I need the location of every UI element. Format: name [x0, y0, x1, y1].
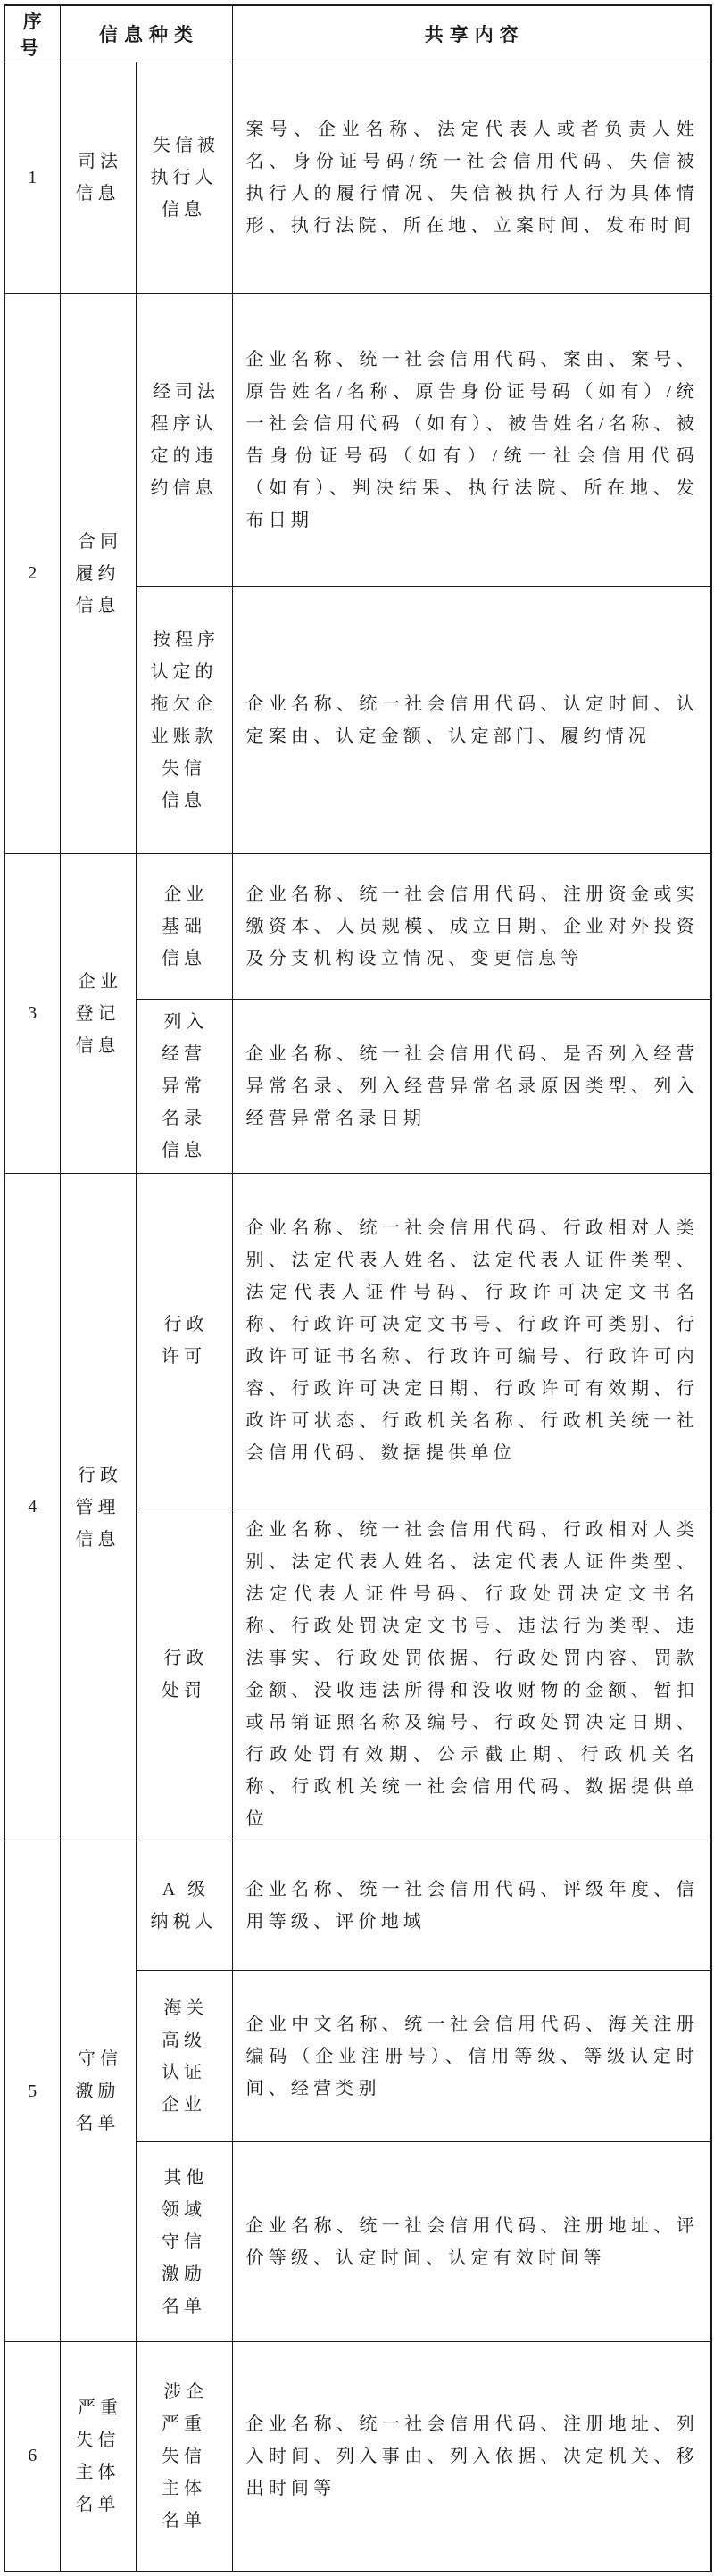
table-row: 1 司法 信息 失信被 执行人 信息 案号、企业名称、法定代表人或者负责人姓名、… — [4, 62, 711, 294]
type-cell: 涉企 严重 失信 主体 名单 — [136, 2342, 232, 2572]
type-cell: 行政 处罚 — [136, 1508, 232, 1841]
type-cell: 列入 经营 异常 名录 信息 — [136, 1000, 232, 1174]
header-info-type: 信息种类 — [60, 5, 232, 62]
type-cell: 失信被 执行人 信息 — [136, 62, 232, 294]
content-cell: 企业中文名称、统一社会信用代码、海关注册编码（企业注册号）、信用等级、等级认定时… — [232, 1971, 711, 2142]
document-page: 序号 信息种类 共享内容 1 司法 信息 失信被 执行人 信息 案号、企业名称、… — [0, 0, 714, 2576]
category-cell: 严重 失信 主体 名单 — [60, 2342, 136, 2572]
table-row: 5 守信 激励 名单 A 级 纳税人 企业名称、统一社会信用代码、评级年度、信用… — [4, 1841, 711, 1971]
type-cell: 经司法 程序认 定的违 约信息 — [136, 294, 232, 587]
serial-cell: 1 — [4, 62, 60, 294]
category-cell: 合同 履约 信息 — [60, 294, 136, 854]
type-cell: A 级 纳税人 — [136, 1841, 232, 1971]
content-cell: 企业名称、统一社会信用代码、评级年度、信用等级、评价地域 — [232, 1841, 711, 1971]
content-cell: 企业名称、统一社会信用代码、行政相对人类别、法定代表人姓名、法定代表人证件类型、… — [232, 1508, 711, 1841]
serial-cell: 3 — [4, 854, 60, 1174]
category-cell: 守信 激励 名单 — [60, 1841, 136, 2342]
type-cell: 行政 许可 — [136, 1174, 232, 1508]
table-row: 3 企业 登记 信息 企业 基础 信息 企业名称、统一社会信用代码、注册资金或实… — [4, 854, 711, 1000]
table-row: 2 合同 履约 信息 经司法 程序认 定的违 约信息 企业名称、统一社会信用代码… — [4, 294, 711, 587]
category-cell: 行政 管理 信息 — [60, 1174, 136, 1841]
content-cell: 案号、企业名称、法定代表人或者负责人姓名、身份证号码/统一社会信用代码、失信被执… — [232, 62, 711, 294]
type-cell: 其他 领域 守信 激励 名单 — [136, 2142, 232, 2342]
type-cell: 海关 高级 认证 企业 — [136, 1971, 232, 2142]
content-cell: 企业名称、统一社会信用代码、注册地址、列入时间、列入事由、列入依据、决定机关、移… — [232, 2342, 711, 2572]
info-share-table: 序号 信息种类 共享内容 1 司法 信息 失信被 执行人 信息 案号、企业名称、… — [4, 4, 712, 2572]
header-row: 序号 信息种类 共享内容 — [4, 5, 711, 62]
serial-cell: 2 — [4, 294, 60, 854]
table-row: 6 严重 失信 主体 名单 涉企 严重 失信 主体 名单 企业名称、统一社会信用… — [4, 2342, 711, 2572]
content-cell: 企业名称、统一社会信用代码、行政相对人类别、法定代表人姓名、法定代表人证件类型、… — [232, 1174, 711, 1508]
type-cell: 按程序 认定的 拖欠企 业账款 失信 信息 — [136, 587, 232, 854]
category-cell: 企业 登记 信息 — [60, 854, 136, 1174]
serial-cell: 6 — [4, 2342, 60, 2572]
content-cell: 企业名称、统一社会信用代码、是否列入经营异常名录、列入经营异常名录原因类型、列入… — [232, 1000, 711, 1174]
content-cell: 企业名称、统一社会信用代码、注册资金或实缴资本、人员规模、成立日期、企业对外投资… — [232, 854, 711, 1000]
type-cell: 企业 基础 信息 — [136, 854, 232, 1000]
header-shared-content: 共享内容 — [232, 5, 711, 62]
category-cell: 司法 信息 — [60, 62, 136, 294]
table-row: 4 行政 管理 信息 行政 许可 企业名称、统一社会信用代码、行政相对人类别、法… — [4, 1174, 711, 1508]
content-cell: 企业名称、统一社会信用代码、案由、案号、原告姓名/名称、原告身份证号码（如有）/… — [232, 294, 711, 587]
serial-cell: 5 — [4, 1841, 60, 2342]
content-cell: 企业名称、统一社会信用代码、认定时间、认定案由、认定金额、认定部门、履约情况 — [232, 587, 711, 854]
content-cell: 企业名称、统一社会信用代码、注册地址、评价等级、认定时间、认定有效时间等 — [232, 2142, 711, 2342]
header-serial: 序号 — [4, 5, 60, 62]
serial-cell: 4 — [4, 1174, 60, 1841]
